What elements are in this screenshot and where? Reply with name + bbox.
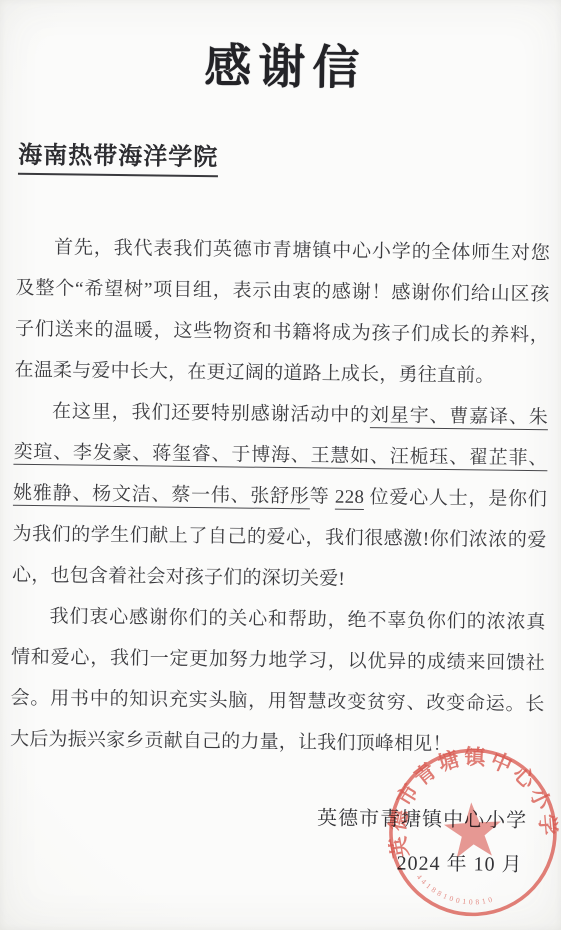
text-run: 等 bbox=[310, 487, 336, 508]
underlined-text: 228 bbox=[335, 487, 364, 510]
text-run: 首先，我代表我们英德市青塘镇中心小学的全体师生对您及整个“希望树”项目组，表示由… bbox=[14, 238, 550, 387]
official-seal: 英德市青塘镇中心小学 4418810010810 bbox=[378, 733, 561, 930]
letter-page: 感谢信 海南热带海洋学院 首先，我代表我们英德市青塘镇中心小学的全体师生对您及整… bbox=[0, 0, 561, 930]
star-icon bbox=[443, 801, 503, 858]
letter-content: 感谢信 海南热带海洋学院 首先，我代表我们英德市青塘镇中心小学的全体师生对您及整… bbox=[0, 0, 561, 930]
letter-body: 首先，我代表我们英德市青塘镇中心小学的全体师生对您及整个“希望树”项目组，表示由… bbox=[10, 227, 550, 766]
svg-text:4418810010810: 4418810010810 bbox=[414, 868, 496, 910]
recipient-name: 海南热带海洋学院 bbox=[18, 135, 218, 177]
text-run: 我们衷心感谢你们的关心和帮助，绝不辜负你们的浓浓真情和爱心，我们一定更加努力地学… bbox=[10, 607, 546, 756]
text-run: 在这里，我们还要特别感谢活动中的 bbox=[52, 402, 370, 427]
seal-number: 4418810010810 bbox=[414, 868, 496, 910]
paragraph: 在这里，我们还要特别感谢活动中的刘星宇、曹嘉译、朱奕瑄、李发豪、蒋玺睿、于博海、… bbox=[12, 391, 548, 603]
letter-title: 感谢信 bbox=[18, 37, 553, 100]
paragraph: 首先，我代表我们英德市青塘镇中心小学的全体师生对您及整个“希望树”项目组，表示由… bbox=[14, 227, 550, 398]
